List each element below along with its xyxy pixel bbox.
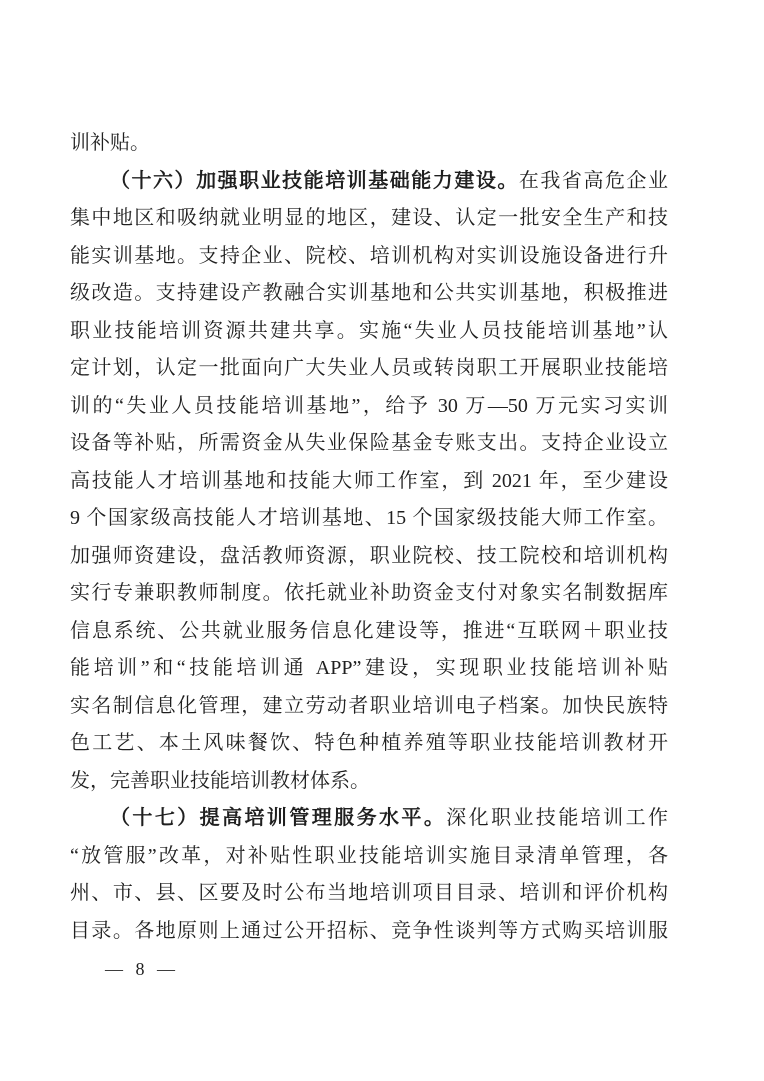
text-line: （十六）加强职业技能培训基础能力建设。在我省高危企业: [70, 163, 668, 201]
line-text: 在我省高危企业: [519, 170, 668, 192]
text-line: 加强师资建设，盘活教师资源，职业院校、技工院校和培训机构: [70, 538, 668, 576]
text-line: 能实训基地。支持企业、院校、培训机构对实训设施设备进行升: [70, 238, 668, 276]
line-text: 训的“失业人员技能培训基地”，给予 30 万—50 万元实习实训: [70, 395, 668, 417]
text-line: 职业技能培训资源共建共享。实施“失业人员技能培训基地”认: [70, 313, 668, 351]
line-text: 定计划，认定一批面向广大失业人员或转岗职工开展职业技能培: [70, 357, 668, 379]
text-line: 实行专兼职教师制度。依托就业补助资金支付对象实名制数据库: [70, 575, 668, 613]
line-text: 设备等补贴，所需资金从失业保险基金专账支出。支持企业设立: [70, 432, 668, 454]
document-sheet: 训补贴。（十六）加强职业技能培训基础能力建设。在我省高危企业集中地区和吸纳就业明…: [0, 0, 764, 1081]
text-line: 目录。各地原则上通过公开招标、竞争性谈判等方式购买培训服: [70, 913, 668, 951]
line-text: 信息系统、公共就业服务信息化建设等，推进“互联网＋职业技: [70, 620, 668, 642]
line-text: 实名制信息化管理，建立劳动者职业培训电子档案。加快民族特: [70, 695, 668, 717]
page-footer: — 8 —: [105, 956, 175, 982]
text-line: 集中地区和吸纳就业明显的地区，建设、认定一批安全生产和技: [70, 200, 668, 238]
line-text: 9 个国家级高技能人才培训基地、15 个国家级技能大师工作室。: [70, 507, 668, 529]
text-line: 色工艺、本土风味餐饮、特色种植养殖等职业技能培训教材开: [70, 725, 668, 763]
text-line: 设备等补贴，所需资金从失业保险基金专账支出。支持企业设立: [70, 425, 668, 463]
text-line: 定计划，认定一批面向广大失业人员或转岗职工开展职业技能培: [70, 350, 668, 388]
line-text: 能实训基地。支持企业、院校、培训机构对实训设施设备进行升: [70, 245, 668, 267]
text-line: 高技能人才培训基地和技能大师工作室，到 2021 年，至少建设: [70, 463, 668, 501]
text-line: 信息系统、公共就业服务信息化建设等，推进“互联网＋职业技: [70, 613, 668, 651]
line-text: 职业技能培训资源共建共享。实施“失业人员技能培训基地”认: [70, 320, 668, 342]
paragraph-heading: （十六）加强职业技能培训基础能力建设。: [110, 170, 519, 192]
text-line: “放管服”改革，对补贴性职业技能培训实施目录清单管理，各: [70, 838, 668, 876]
line-text: 色工艺、本土风味餐饮、特色种植养殖等职业技能培训教材开: [70, 732, 668, 754]
text-line: 发，完善职业技能培训教材体系。: [70, 763, 668, 801]
text-line: 能培训”和“技能培训通 APP”建设，实现职业技能培训补贴: [70, 650, 668, 688]
text-line: 实名制信息化管理，建立劳动者职业培训电子档案。加快民族特: [70, 688, 668, 726]
text-line: 训的“失业人员技能培训基地”，给予 30 万—50 万元实习实训: [70, 388, 668, 426]
line-text: 训补贴。: [70, 132, 150, 154]
document-page-8: { "page": { "background": "#ffffff", "te…: [0, 0, 764, 1081]
document-body: 训补贴。（十六）加强职业技能培训基础能力建设。在我省高危企业集中地区和吸纳就业明…: [70, 125, 668, 950]
line-text: 目录。各地原则上通过公开招标、竞争性谈判等方式购买培训服: [70, 920, 668, 942]
line-text: 深化职业技能培训工作: [446, 807, 668, 829]
page-number: — 8 —: [105, 959, 175, 979]
text-line: 级改造。支持建设产教融合实训基地和公共实训基地，积极推进: [70, 275, 668, 313]
line-text: 级改造。支持建设产教融合实训基地和公共实训基地，积极推进: [70, 282, 668, 304]
line-text: 加强师资建设，盘活教师资源，职业院校、技工院校和培训机构: [70, 545, 668, 567]
text-line: 州、市、县、区要及时公布当地培训项目目录、培训和评价机构: [70, 875, 668, 913]
line-text: 发，完善职业技能培训教材体系。: [70, 770, 370, 792]
line-text: 实行专兼职教师制度。依托就业补助资金支付对象实名制数据库: [70, 582, 668, 604]
line-text: 能培训”和“技能培训通 APP”建设，实现职业技能培训补贴: [70, 657, 668, 679]
text-line: （十七）提高培训管理服务水平。深化职业技能培训工作: [70, 800, 668, 838]
text-line: 9 个国家级高技能人才培训基地、15 个国家级技能大师工作室。: [70, 500, 668, 538]
line-text: “放管服”改革，对补贴性职业技能培训实施目录清单管理，各: [70, 845, 668, 867]
line-text: 州、市、县、区要及时公布当地培训项目目录、培训和评价机构: [70, 882, 668, 904]
paragraph-heading: （十七）提高培训管理服务水平。: [110, 807, 446, 829]
line-text: 高技能人才培训基地和技能大师工作室，到 2021 年，至少建设: [70, 470, 668, 492]
line-text: 集中地区和吸纳就业明显的地区，建设、认定一批安全生产和技: [70, 207, 668, 229]
text-line: 训补贴。: [70, 125, 668, 163]
